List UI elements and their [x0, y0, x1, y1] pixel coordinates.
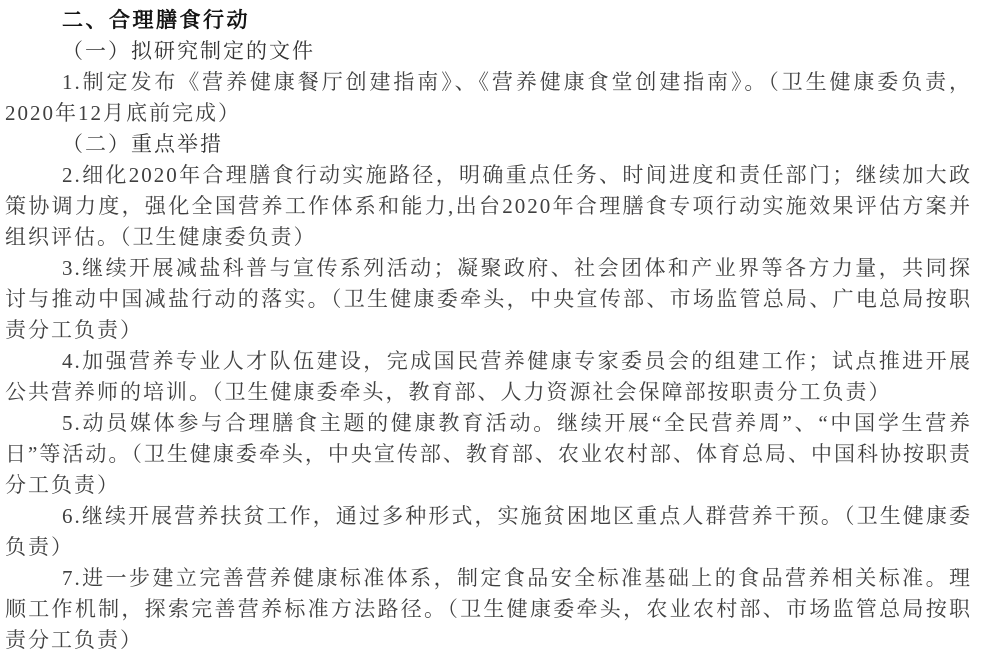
section-2-heading: （二）重点举措 — [5, 129, 972, 160]
paragraph-item-6: 6.继续开展营养扶贫工作，通过多种形式，实施贫困地区重点人群营养干预。（卫生健康… — [5, 501, 972, 563]
paragraph-item-2: 2.细化2020年合理膳食行动实施路径，明确重点任务、时间进度和责任部门；继续加… — [5, 160, 972, 253]
paragraph-item-3: 3.继续开展减盐科普与宣传系列活动；凝聚政府、社会团体和产业界等各方力量，共同探… — [5, 253, 972, 346]
paragraph-item-4: 4.加强营养专业人才队伍建设，完成国民营养健康专家委员会的组建工作；试点推进开展… — [5, 346, 972, 408]
paragraph-item-5: 5.动员媒体参与合理膳食主题的健康教育活动。继续开展“全民营养周”、“中国学生营… — [5, 408, 972, 501]
document-page: 二、合理膳食行动 （一）拟研究制定的文件 1.制定发布《营养健康餐厅创建指南》、… — [0, 0, 998, 669]
section-1-heading: （一）拟研究制定的文件 — [5, 36, 972, 67]
paragraph-item-1: 1.制定发布《营养健康餐厅创建指南》、《营养健康食堂创建指南》。（卫生健康委负责… — [5, 67, 972, 129]
paragraph-item-7: 7.进一步建立完善营养健康标准体系，制定食品安全标准基础上的食品营养相关标准。理… — [5, 563, 972, 656]
page-title: 二、合理膳食行动 — [5, 5, 972, 36]
